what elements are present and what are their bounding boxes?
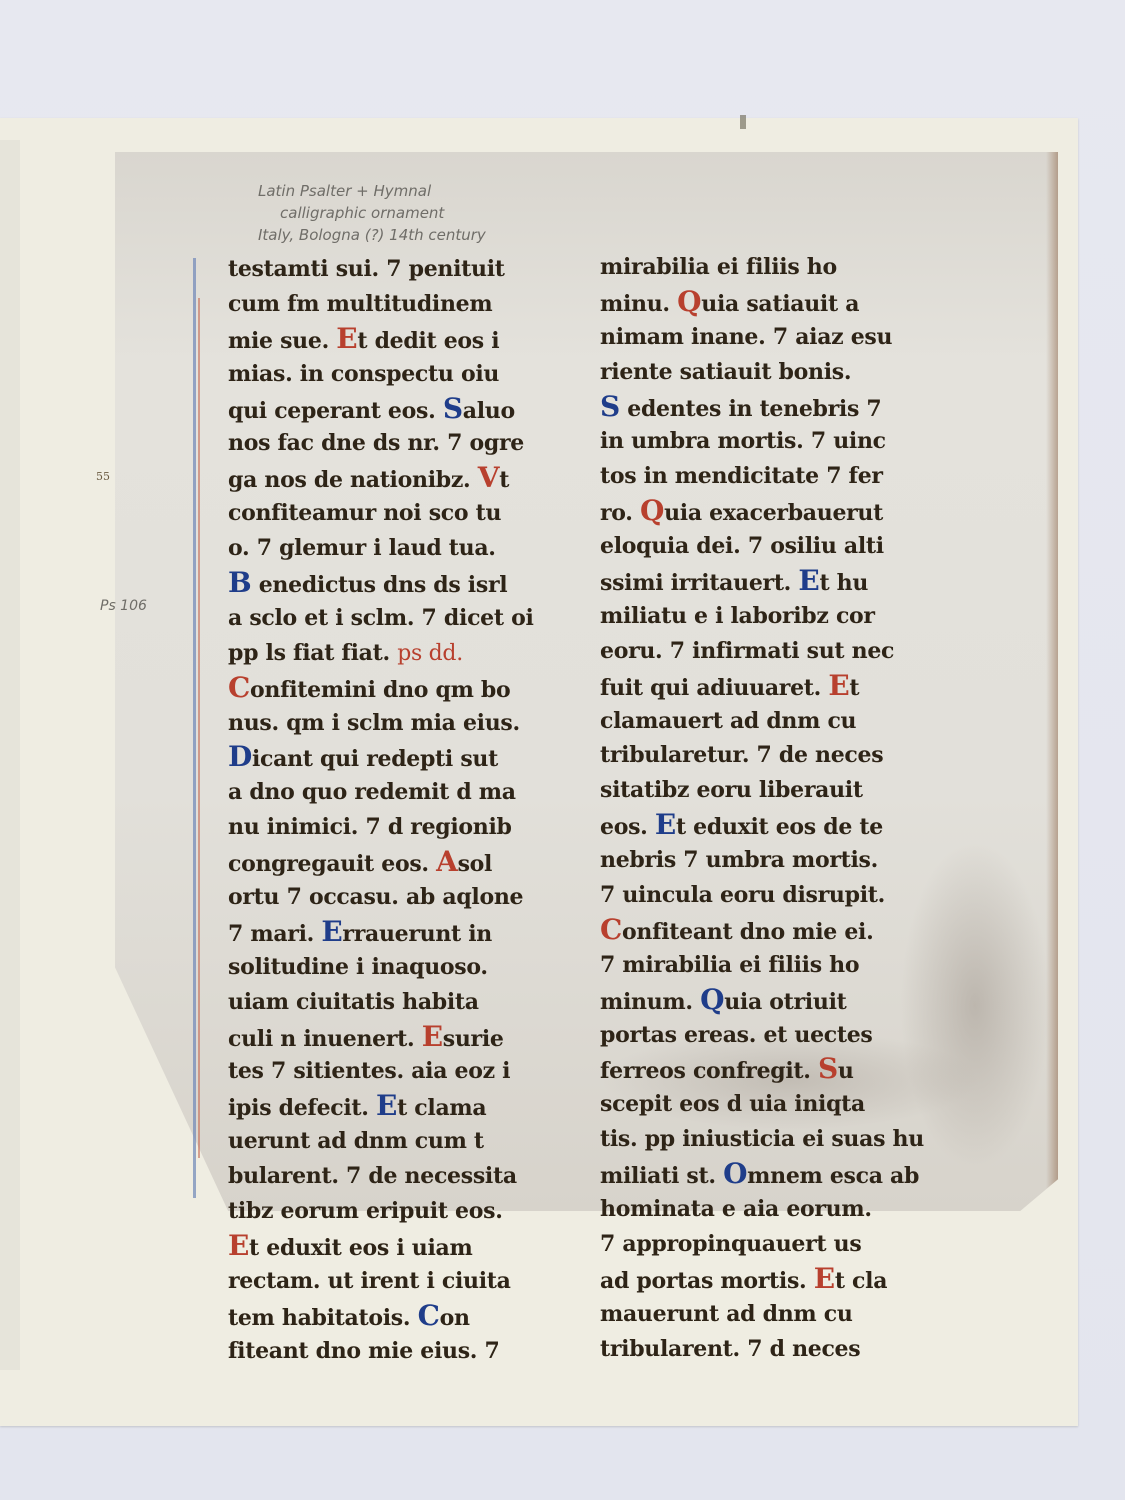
text-span: ferreos confregit. [600, 1058, 818, 1084]
text-line: culi n inuenert. Esurie [228, 1020, 558, 1055]
text-line: sitatibz eoru liberauit [600, 773, 940, 808]
decorated-initial: E [228, 1229, 249, 1262]
text-span: 7 uincula eoru disrupit. [600, 882, 885, 908]
text-span: 7 mari. [228, 921, 321, 947]
decorated-initial: O [723, 1157, 747, 1190]
text-span: nos fac dne ds nr. 7 ogre [228, 430, 524, 456]
text-line: nebris 7 umbra mortis. [600, 843, 940, 878]
decorated-initial: E [655, 808, 676, 841]
text-line: a dno quo redemit d ma [228, 775, 558, 810]
text-span: t dedit eos i [357, 328, 499, 354]
decorated-initial: C [418, 1299, 440, 1332]
text-span: solitudine i inaquoso. [228, 954, 488, 980]
text-span: uia satiauit a [701, 291, 859, 317]
text-span: 7 mirabilia ei filiis ho [600, 952, 859, 978]
text-span: on [440, 1305, 470, 1331]
text-span: tes 7 sitientes. aia eoz i [228, 1058, 510, 1084]
decorated-initial: S [443, 392, 463, 425]
text-span: ro. [600, 500, 640, 526]
psalm-reference-note: Ps 106 [100, 598, 147, 614]
text-line: nos fac dne ds nr. 7 ogre [228, 426, 558, 461]
text-line: cum fm multitudinem [228, 287, 558, 322]
text-span: testamti sui. 7 penituit [228, 256, 505, 282]
text-span: miliati st. [600, 1163, 723, 1189]
text-span: onfitemini dno qm bo [250, 677, 510, 703]
text-line: 7 mirabilia ei filiis ho [600, 948, 940, 983]
text-line: tibz eorum eripuit eos. [228, 1194, 558, 1229]
text-line: bularent. 7 de necessita [228, 1159, 558, 1194]
text-span: rectam. ut irent i ciuita [228, 1268, 511, 1294]
text-span: t hu [819, 570, 868, 596]
text-span: t eduxit eos de te [676, 814, 883, 840]
text-line: congregauit eos. Asol [228, 845, 558, 880]
text-span: congregauit eos. [228, 851, 436, 877]
text-span: qui ceperant eos. [228, 398, 443, 424]
text-span: hominata e aia eorum. [600, 1196, 872, 1222]
text-line: Et eduxit eos i uiam [228, 1229, 558, 1264]
text-span: mauerunt ad dnm cu [600, 1301, 853, 1327]
text-line: rectam. ut irent i ciuita [228, 1264, 558, 1299]
text-line: tos in mendicitate 7 fer [600, 459, 940, 494]
text-line: miliati st. Omnem esca ab [600, 1157, 940, 1192]
text-span: nus. qm i sclm mia eius. [228, 710, 520, 736]
text-span: confiteamur noi sco tu [228, 500, 501, 526]
text-line: 7 appropinquauert us [600, 1227, 940, 1262]
text-span: tribularent. 7 d neces [600, 1336, 860, 1362]
decorated-initial: Q [677, 285, 701, 318]
text-span: a sclo et i sclm. 7 dicet oi [228, 605, 534, 631]
text-span: ad portas mortis. [600, 1268, 814, 1294]
text-span: onfiteant dno mie ei. [622, 919, 873, 945]
text-span: tribularetur. 7 de neces [600, 742, 883, 768]
text-line: miliatu e i laboribz cor [600, 599, 940, 634]
text-line: mie sue. Et dedit eos i [228, 322, 558, 357]
text-span: nu inimici. 7 d regionib [228, 814, 512, 840]
text-line: o. 7 glemur i laud tua. [228, 531, 558, 566]
ornament-stem-blue [193, 258, 196, 1198]
text-line: ssimi irritauert. Et hu [600, 564, 940, 599]
text-column-right: mirabilia ei filiis hominu. Quia satiaui… [600, 250, 940, 1367]
decorated-initial: S [600, 390, 620, 423]
text-line: mias. in conspectu oiu [228, 357, 558, 392]
text-span: o. 7 glemur i laud tua. [228, 535, 496, 561]
text-span: clamauert ad dnm cu [600, 708, 856, 734]
text-span: nebris 7 umbra mortis. [600, 847, 878, 873]
decorated-initial: E [321, 915, 342, 948]
text-line: minu. Quia satiauit a [600, 285, 940, 320]
text-line: qui ceperant eos. Saluo [228, 392, 558, 427]
text-span: rrauerunt in [342, 921, 492, 947]
text-line: nus. qm i sclm mia eius. [228, 706, 558, 741]
text-line: tis. pp iniusticia ei suas hu [600, 1122, 940, 1157]
text-span: u [838, 1058, 854, 1084]
text-span: tem habitatois. [228, 1305, 418, 1331]
text-line: mirabilia ei filiis ho [600, 250, 940, 285]
text-line: Dicant qui redepti sut [228, 740, 558, 775]
text-span: riente satiauit bonis. [600, 359, 851, 385]
text-span: aluo [463, 398, 515, 424]
text-line: eoru. 7 infirmati sut nec [600, 634, 940, 669]
decorated-initial: E [422, 1020, 443, 1053]
decorated-initial: B [228, 566, 251, 599]
text-line: in umbra mortis. 7 uinc [600, 424, 940, 459]
text-span: uia otriuit [724, 989, 846, 1015]
text-line: tem habitatois. Con [228, 1299, 558, 1334]
text-line: 7 mari. Errauerunt in [228, 915, 558, 950]
text-span: portas ereas. et uectes [600, 1022, 873, 1048]
pencil-line: calligraphic ornament [258, 202, 486, 224]
text-span: bularent. 7 de necessita [228, 1163, 517, 1189]
text-span: surie [443, 1026, 504, 1052]
text-span: t cla [835, 1268, 887, 1294]
text-span: uiam ciuitatis habita [228, 989, 479, 1015]
text-line: uiam ciuitatis habita [228, 985, 558, 1020]
text-span: ipis defecit. [228, 1095, 376, 1121]
text-line: eos. Et eduxit eos de te [600, 808, 940, 843]
text-span: miliatu e i laboribz cor [600, 603, 875, 629]
text-line: nu inimici. 7 d regionib [228, 810, 558, 845]
text-span: in umbra mortis. 7 uinc [600, 428, 886, 454]
text-line: tribularent. 7 d neces [600, 1332, 940, 1367]
text-span: mirabilia ei filiis ho [600, 254, 837, 280]
text-line: scepit eos d uia iniqta [600, 1087, 940, 1122]
text-span: ga nos de nationibz. [228, 467, 478, 493]
text-span: a dno quo redemit d ma [228, 779, 516, 805]
decorated-initial: A [436, 845, 457, 878]
text-line: S edentes in tenebris 7 [600, 390, 940, 425]
text-line: uerunt ad dnm cum t [228, 1124, 558, 1159]
text-line: fuit qui adiuuaret. Et [600, 669, 940, 704]
text-line: pp ls fiat fiat. ps dd. [228, 636, 558, 671]
ornament-stem-red [198, 298, 200, 1158]
text-line: Confitemini dno qm bo [228, 671, 558, 706]
text-span: ortu 7 occasu. ab aqlone [228, 884, 523, 910]
text-line: minum. Quia otriuit [600, 983, 940, 1018]
board-mark [740, 115, 746, 129]
text-span: mnem esca ab [747, 1163, 919, 1189]
text-line: eloquia dei. 7 osiliu alti [600, 529, 940, 564]
text-line: ferreos confregit. Su [600, 1052, 940, 1087]
decorated-initial: Q [700, 983, 724, 1016]
text-span: sitatibz eoru liberauit [600, 777, 863, 803]
text-line: Confiteant dno mie ei. [600, 913, 940, 948]
folio-mark: 55 [96, 470, 110, 483]
text-span: tibz eorum eripuit eos. [228, 1198, 503, 1224]
text-span: minu. [600, 291, 677, 317]
text-span: scepit eos d uia iniqta [600, 1091, 865, 1117]
text-span: edentes in tenebris 7 [620, 396, 881, 422]
text-line: B enedictus dns ds isrl [228, 566, 558, 601]
text-span: pp ls fiat fiat. [228, 640, 397, 666]
decorated-initial: E [336, 322, 357, 355]
text-line: tes 7 sitientes. aia eoz i [228, 1054, 558, 1089]
decorated-initial: Q [640, 494, 664, 527]
text-span: eloquia dei. 7 osiliu alti [600, 533, 884, 559]
text-line: nimam inane. 7 aiaz esu [600, 320, 940, 355]
text-column-left: testamti sui. 7 penituitcum fm multitudi… [228, 252, 558, 1369]
text-span: eoru. 7 infirmati sut nec [600, 638, 894, 664]
text-span: sol [458, 851, 493, 877]
pencil-line: Italy, Bologna (?) 14th century [258, 224, 486, 246]
text-line: fiteant dno mie eius. 7 [228, 1334, 558, 1369]
decorated-initial: D [228, 740, 252, 773]
text-line: portas ereas. et uectes [600, 1018, 940, 1053]
decorated-initial: C [600, 913, 622, 946]
text-span: minum. [600, 989, 700, 1015]
text-span: mie sue. [228, 328, 336, 354]
text-line: ga nos de nationibz. Vt [228, 461, 558, 496]
text-line: a sclo et i sclm. 7 dicet oi [228, 601, 558, 636]
text-span: mias. in conspectu oiu [228, 361, 499, 387]
text-line: riente satiauit bonis. [600, 355, 940, 390]
text-line: hominata e aia eorum. [600, 1192, 940, 1227]
text-line: testamti sui. 7 penituit [228, 252, 558, 287]
pencil-annotation: Latin Psalter + Hymnal calligraphic orna… [258, 180, 486, 246]
decorated-initial: E [814, 1262, 835, 1295]
text-span: t [499, 467, 509, 493]
text-span: nimam inane. 7 aiaz esu [600, 324, 892, 350]
text-span: culi n inuenert. [228, 1026, 422, 1052]
text-span: tis. pp iniusticia ei suas hu [600, 1126, 924, 1152]
decorated-initial: E [828, 669, 849, 702]
text-line: mauerunt ad dnm cu [600, 1297, 940, 1332]
text-line: ortu 7 occasu. ab aqlone [228, 880, 558, 915]
text-span: fiteant dno mie eius. 7 [228, 1338, 500, 1364]
decorated-initial: S [818, 1052, 838, 1085]
text-line: solitudine i inaquoso. [228, 950, 558, 985]
text-span: cum fm multitudinem [228, 291, 492, 317]
text-span: enedictus dns ds isrl [251, 572, 507, 598]
text-line: ro. Quia exacerbauerut [600, 494, 940, 529]
text-span: icant qui redepti sut [252, 746, 498, 772]
text-line: ipis defecit. Et clama [228, 1089, 558, 1124]
decorated-initial: C [228, 671, 250, 704]
text-span: t clama [397, 1095, 486, 1121]
text-span: ssimi irritauert. [600, 570, 798, 596]
text-line: tribularetur. 7 de neces [600, 738, 940, 773]
text-span: eos. [600, 814, 655, 840]
text-line: clamauert ad dnm cu [600, 704, 940, 739]
decorated-initial: E [376, 1089, 397, 1122]
penwork-border-ornament [182, 258, 208, 1198]
text-line: 7 uincula eoru disrupit. [600, 878, 940, 913]
text-span: tos in mendicitate 7 fer [600, 463, 883, 489]
pencil-line: Latin Psalter + Hymnal [258, 180, 486, 202]
adjacent-board-edge [0, 140, 20, 1370]
text-span: t [849, 675, 859, 701]
decorated-initial: V [478, 461, 499, 494]
decorated-initial: E [798, 564, 819, 597]
text-span: t eduxit eos i uiam [249, 1235, 472, 1261]
text-span: 7 appropinquauert us [600, 1231, 861, 1257]
text-span: uerunt ad dnm cum t [228, 1128, 484, 1154]
text-span: fuit qui adiuuaret. [600, 675, 828, 701]
rubric-text: ps dd. [397, 641, 463, 666]
text-line: ad portas mortis. Et cla [600, 1262, 940, 1297]
text-line: confiteamur noi sco tu [228, 496, 558, 531]
text-span: uia exacerbauerut [664, 500, 883, 526]
